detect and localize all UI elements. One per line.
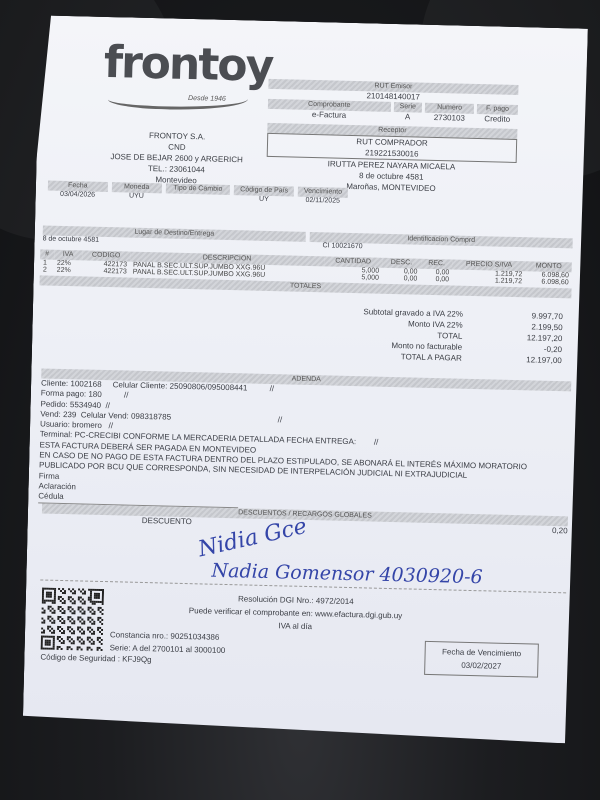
totals-block: Subtotal gravado a IVA 22%9.997,70Monto … [312,305,563,366]
invoice-paper: frontoy Desde 1946 FRONTOY S.A. CND JOSE… [23,15,588,743]
frontoy-logo: frontoy [103,37,273,92]
meta-value: UYU [111,192,161,200]
table-cell: 1.219,72 [452,276,525,285]
table-cell: 5,000 [323,273,382,281]
items-header-cell: IVA [54,250,82,261]
descuento-value: 0,20 [552,526,568,535]
meta-value: 02/11/2025 [298,197,348,205]
logo-tagline: Desde 1946 [188,95,226,103]
serie-value: A [393,112,422,122]
issuer-block: FRONTOY S.A. CND JOSE DE BEJAR 2600 y AR… [76,128,277,188]
comprobante-value: e-Factura [268,109,391,121]
rut-emisor-block: RUT Emisor 210148140017 Comprobante Seri… [268,79,519,124]
vencimiento-value: 03/02/2027 [425,658,537,674]
adenda-block: ADENDA Cliente: 1002168 Celular Cliente:… [38,368,571,515]
serie-label: Serie [393,102,422,113]
table-cell: 2 [40,266,54,273]
table-cell: 6.098,60 [525,278,572,286]
items-header-cell: # [40,249,54,259]
table-cell: 22% [54,267,82,275]
qr-code [41,588,104,651]
totals-value: 12.197,00 [492,353,562,366]
adenda-lines: Cliente: 1002168 Celular Cliente: 250908… [38,378,571,514]
table-cell: 422173 [82,267,130,275]
numero-value: 2730103 [425,113,474,123]
table-cell: 0,00 [382,275,421,283]
meta-value: 03/04/2026 [48,191,108,199]
fpago-value: Credito [477,114,518,124]
receptor-block: Receptor RUT COMPRADOR 219221530016 IRUT… [266,123,518,196]
meta-value [165,193,230,202]
table-cell: 0,00 [420,276,452,284]
vencimiento-box: Fecha de Vencimiento 03/02/2027 [424,641,539,678]
meta-value: UY [234,195,294,203]
vencimiento-label: Fecha de Vencimiento [425,645,537,661]
logo-swoosh [108,87,248,111]
items-block: #IVACODIGODESCRIPCIONCANTIDADDESC.REC.PR… [39,249,572,298]
codigo-seguridad: Código de Seguridad : KFJ9Qg [40,653,151,665]
footer-left: Constancia nro.: 90251034386 Serie: A de… [109,628,225,657]
